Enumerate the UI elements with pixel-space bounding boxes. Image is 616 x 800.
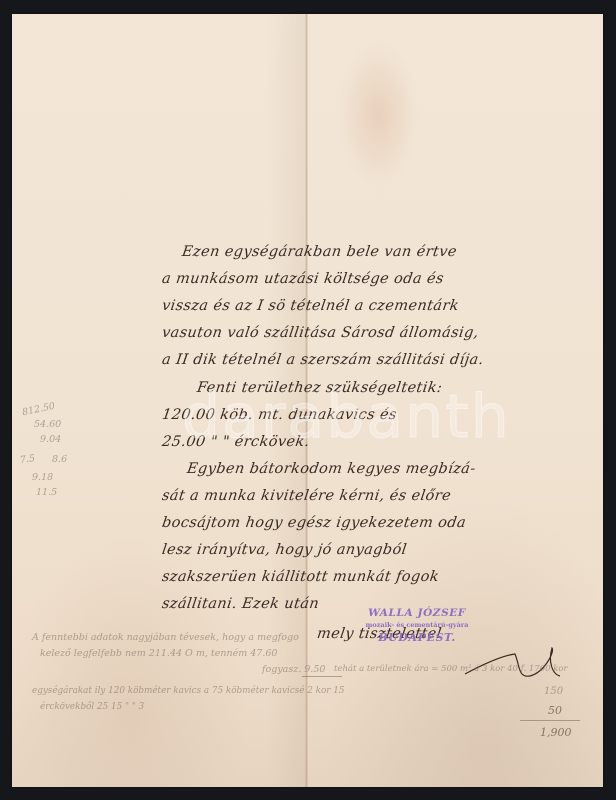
- letter-line: lesz irányítva, hogy jó anyagból: [161, 542, 408, 558]
- pencil-note: egységárakat ily 120 köbméter kavics a 7…: [32, 686, 344, 696]
- pencil-note: kelező legfelfebb nem 211.44 O m, tenném…: [40, 648, 277, 659]
- amount: 50: [548, 704, 562, 717]
- underline: [302, 676, 342, 677]
- total-amount: 1,900: [540, 726, 572, 739]
- letter-paper: Ezen egységárakban bele van értve a munk…: [12, 14, 603, 787]
- pencil-note: érckövekből 25 15 " " 3: [40, 702, 144, 712]
- margin-note: 9.18: [32, 472, 53, 483]
- stamp-city: BUDAPEST.: [352, 631, 482, 644]
- amount: 150: [544, 686, 563, 697]
- pencil-note: A fenntebbi adatok nagyjában tévesek, ho…: [32, 632, 299, 643]
- letter-line: vissza és az I sö tételnél a czementárk: [161, 298, 460, 314]
- letter-line: sát a munka kivitelére kérni, és előre: [161, 488, 452, 504]
- letter-line: szakszerüen kiállitott munkát fogok: [161, 569, 440, 585]
- sum-rule: [520, 720, 580, 721]
- stamp-subtitle: mozaik- és cementárú-gyára: [352, 621, 482, 629]
- letter-line: vasuton való szállitása Sárosd állomásig…: [161, 325, 480, 341]
- margin-note: 54.60: [34, 419, 61, 430]
- pencil-note: tehát a területnek ára = 500 m² á 3 kor …: [334, 664, 568, 674]
- margin-note: 8.6: [52, 454, 67, 465]
- margin-note: 11.5: [36, 487, 57, 498]
- letter-line: a munkásom utazási költsége oda és: [161, 271, 445, 287]
- letter-line: Egyben bátorkodom kegyes megbízá-: [186, 461, 477, 477]
- letter-line: 120.00 köb. mt. dunakavics és: [161, 407, 398, 423]
- letter-line: szállitani. Ezek után: [161, 596, 320, 612]
- letter-line: a II dik tételnél a szerszám szállitási …: [161, 352, 485, 368]
- margin-note: 812.50: [21, 401, 56, 419]
- stamp-name: WALLA JÓZSEF: [352, 607, 482, 619]
- company-stamp: WALLA JÓZSEF mozaik- és cementárú-gyára …: [352, 607, 482, 644]
- margin-note: 7.5: [19, 453, 35, 466]
- pencil-note: fogyasz. 9.50: [262, 664, 325, 675]
- margin-note: 9.04: [40, 434, 61, 445]
- letter-line: bocsájtom hogy egész igyekezetem oda: [161, 515, 467, 531]
- letter-line: Ezen egységárakban bele van értve: [181, 244, 458, 260]
- letter-line: Fenti területhez szükségeltetik:: [196, 380, 443, 396]
- letter-line: 25.00 " " érckövek.: [161, 434, 311, 450]
